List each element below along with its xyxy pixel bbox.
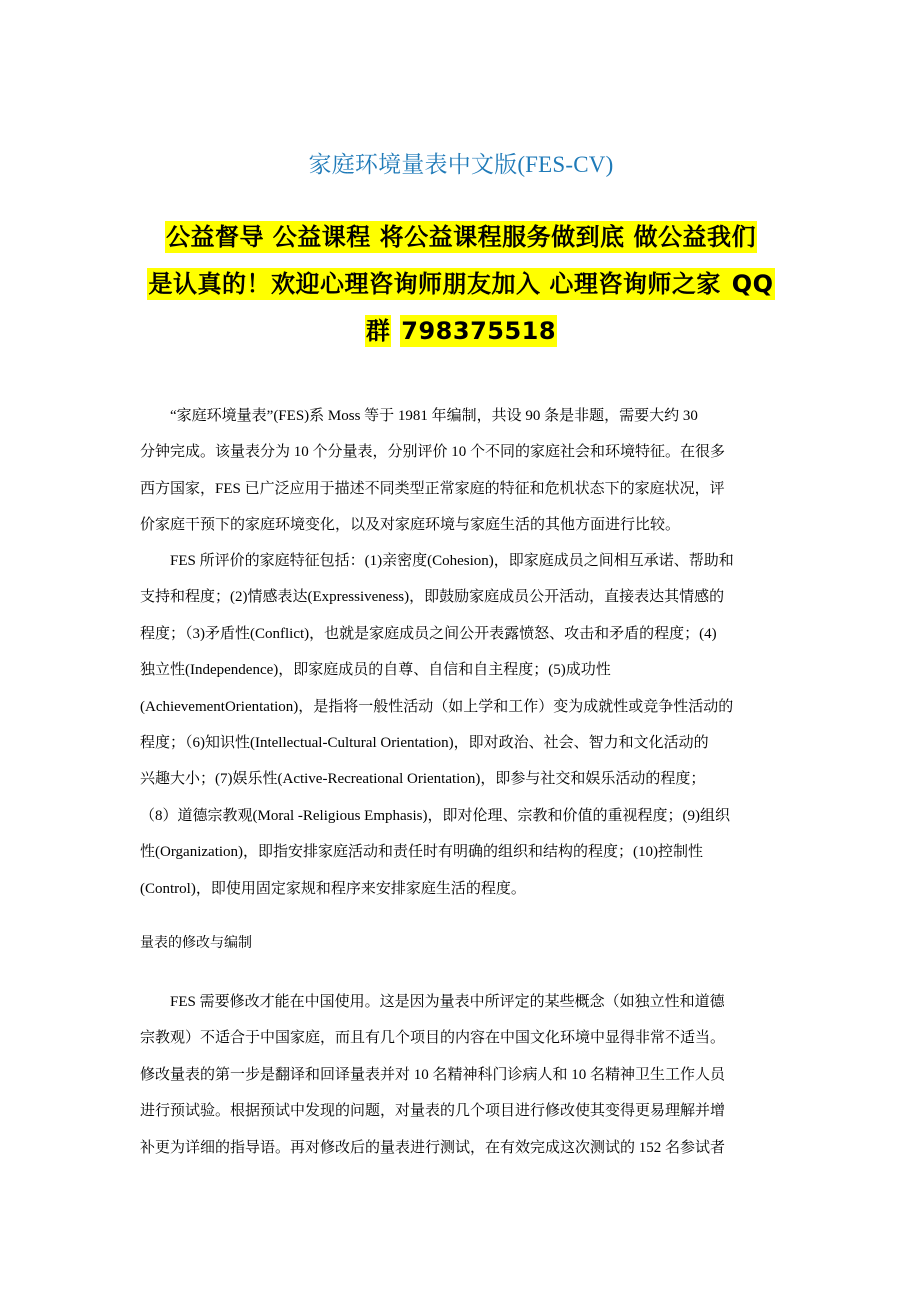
- banner-qq-label: QQ: [731, 268, 775, 300]
- paragraph-line: （8）道德宗教观(Moral -Religious Emphasis)，即对伦理…: [140, 798, 782, 834]
- paragraph-line: 补更为详细的指导语。再对修改后的量表进行测试，在有效完成这次测试的 152 名参…: [140, 1130, 782, 1166]
- banner-line-2: 是认真的！欢迎心理咨询师朋友加入 心理咨询师之家 QQ: [140, 261, 782, 308]
- promo-banner: 公益督导 公益课程 将公益课程服务做到底 做公益我们 是认真的！欢迎心理咨询师朋…: [140, 214, 782, 355]
- paragraph-line: 分钟完成。该量表分为 10 个分量表，分别评价 10 个不同的家庭社会和环境特征…: [140, 434, 782, 470]
- paragraph-line: (Control)，即使用固定家规和程序来安排家庭生活的程度。: [140, 871, 782, 907]
- paragraph-line: “家庭环境量表”(FES)系 Moss 等于 1981 年编制，共设 90 条是…: [140, 398, 782, 434]
- banner-line-1: 公益督导 公益课程 将公益课程服务做到底 做公益我们: [140, 214, 782, 261]
- paragraph-line: 进行预试验。根据预试中发现的问题，对量表的几个项目进行修改使其变得更易理解并增: [140, 1093, 782, 1129]
- characteristics-paragraph: FES 所评价的家庭特征包括：(1)亲密度(Cohesion)，即家庭成员之间相…: [140, 543, 782, 907]
- paragraph-line: 程度；（6)知识性(Intellectual-Cultural Orientat…: [140, 725, 782, 761]
- paragraph-line: 西方国家，FES 已广泛应用于描述不同类型正常家庭的特征和危机状态下的家庭状况，…: [140, 471, 782, 507]
- banner-line-3: 群 798375518: [140, 308, 782, 355]
- paragraph-line: 支持和程度；(2)情感表达(Expressiveness)，即鼓励家庭成员公开活…: [140, 579, 782, 615]
- paragraph-line: 修改量表的第一步是翻译和回译量表并对 10 名精神科门诊病人和 10 名精神卫生…: [140, 1057, 782, 1093]
- banner-group-label: 群: [365, 315, 392, 347]
- section-heading: 量表的修改与编制: [140, 932, 252, 952]
- modification-paragraph: FES 需要修改才能在中国使用。这是因为量表中所评定的某些概念（如独立性和道德 …: [140, 984, 782, 1166]
- intro-paragraph: “家庭环境量表”(FES)系 Moss 等于 1981 年编制，共设 90 条是…: [140, 398, 782, 544]
- paragraph-line: (AchievementOrientation)，是指将一般性活动（如上学和工作…: [140, 689, 782, 725]
- paragraph-line: 独立性(Independence)，即家庭成员的自尊、自信和自主程度；(5)成功…: [140, 652, 782, 688]
- banner-qq-number: 798375518: [400, 315, 557, 347]
- paragraph-line: FES 需要修改才能在中国使用。这是因为量表中所评定的某些概念（如独立性和道德: [140, 984, 782, 1020]
- paragraph-line: 宗教观）不适合于中国家庭，而且有几个项目的内容在中国文化环境中显得非常不适当。: [140, 1020, 782, 1056]
- paragraph-line: 价家庭干预下的家庭环境变化，以及对家庭环境与家庭生活的其他方面进行比较。: [140, 507, 782, 543]
- document-title: 家庭环境量表中文版(FES-CV): [140, 146, 782, 179]
- paragraph-line: 程度；（3)矛盾性(Conflict)，也就是家庭成员之间公开表露愤怒、攻击和矛…: [140, 616, 782, 652]
- paragraph-line: 性(Organization)，即指安排家庭活动和责任时有明确的组织和结构的程度…: [140, 834, 782, 870]
- banner-line-2-text: 是认真的！欢迎心理咨询师朋友加入 心理咨询师之家: [147, 268, 730, 300]
- paragraph-line: FES 所评价的家庭特征包括：(1)亲密度(Cohesion)，即家庭成员之间相…: [140, 543, 782, 579]
- paragraph-line: 兴趣大小；(7)娱乐性(Active-Recreational Orientat…: [140, 761, 782, 797]
- banner-line-1-text: 公益督导 公益课程 将公益课程服务做到底 做公益我们: [165, 221, 757, 253]
